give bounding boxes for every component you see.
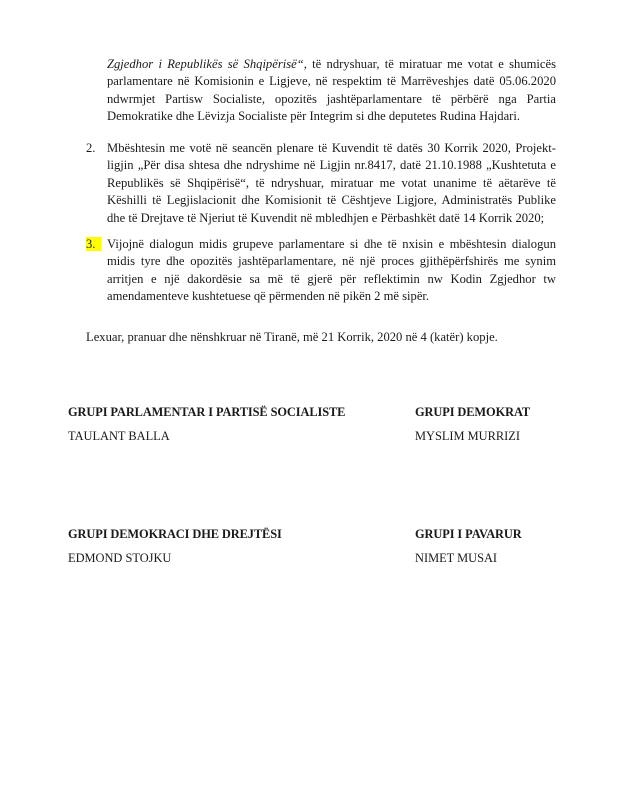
signatory-name: TAULANT BALLA <box>68 428 345 444</box>
closing-statement: Lexuar, pranuar dhe nënshkruar në Tiranë… <box>86 329 498 346</box>
list-item-text: Mbështesin me votë në seancën plenare të… <box>107 140 556 227</box>
highlight-mark: 3. <box>86 237 101 251</box>
intro-italic-lead: Zgjedhor i Republikës së Shqipërisë“ <box>107 57 304 71</box>
signatory-group: GRUPI I PAVARUR <box>415 526 522 542</box>
signatory-group: GRUPI PARLAMENTAR I PARTISË SOCIALISTE <box>68 404 345 420</box>
signature-block: GRUPI PARLAMENTAR I PARTISË SOCIALISTE T… <box>68 404 345 444</box>
list-number: 2. <box>86 140 107 157</box>
document-page: Zgjedhor i Republikës së Shqipërisë“, të… <box>0 0 635 795</box>
list-number-highlighted: 3. <box>86 236 107 253</box>
intro-paragraph: Zgjedhor i Republikës së Shqipërisë“, të… <box>107 56 556 126</box>
signatory-group: GRUPI DEMOKRACI DHE DREJTËSI <box>68 526 282 542</box>
signatory-group: GRUPI DEMOKRAT <box>415 404 530 420</box>
signature-block: GRUPI DEMOKRACI DHE DREJTËSI EDMOND STOJ… <box>68 526 282 566</box>
signatory-name: EDMOND STOJKU <box>68 550 282 566</box>
signature-block: GRUPI DEMOKRAT MYSLIM MURRIZI <box>415 404 530 444</box>
signatory-name: NIMET MUSAI <box>415 550 522 566</box>
list-item-text: Vijojnë dialogun midis grupeve parlament… <box>107 236 556 306</box>
signatory-name: MYSLIM MURRIZI <box>415 428 530 444</box>
signature-block: GRUPI I PAVARUR NIMET MUSAI <box>415 526 522 566</box>
